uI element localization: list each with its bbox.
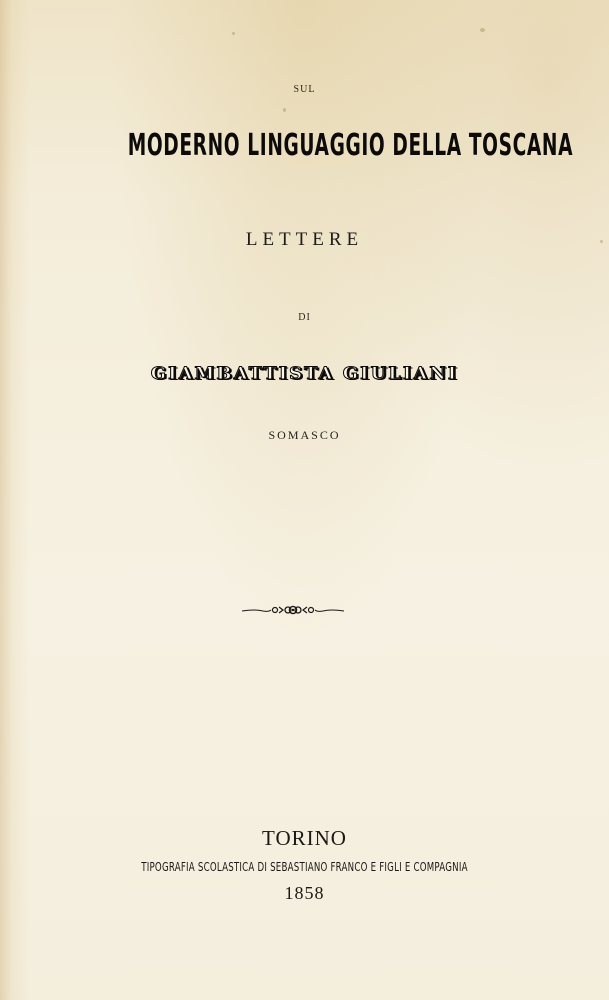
main-title: MODERNO LINGUAGGIO DELLA TOSCANA	[128, 128, 506, 163]
foxing-spot	[232, 32, 235, 35]
title-page: SUL MODERNO LINGUAGGIO DELLA TOSCANA LET…	[0, 0, 609, 1000]
title-preposition: SUL	[0, 84, 609, 95]
imprint-printer: TIPOGRAFIA SCOLASTICA DI SEBASTIANO FRAN…	[85, 860, 523, 874]
by-line: DI	[0, 312, 609, 323]
subtitle: LETTERE	[0, 229, 609, 251]
foxing-spot	[283, 108, 286, 112]
foxing-spot	[480, 28, 485, 32]
fleuron-ornament-icon	[241, 603, 345, 617]
imprint-year: 1858	[0, 883, 609, 904]
imprint-city: TORINO	[0, 826, 609, 851]
author-name: GIAMBATTISTA GIULIANI	[0, 364, 609, 384]
author-descriptor: SOMASCO	[0, 428, 609, 443]
